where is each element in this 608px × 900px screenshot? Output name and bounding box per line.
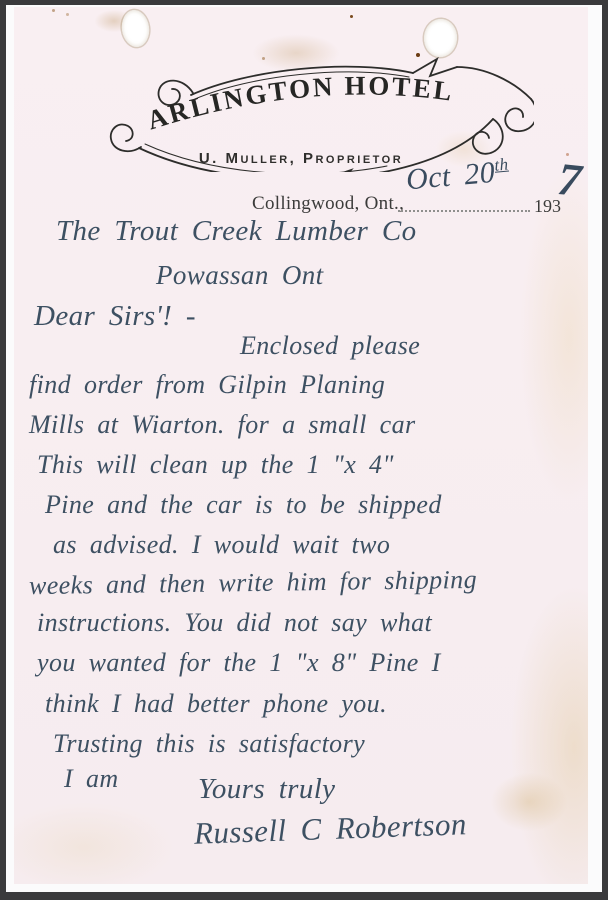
place-label: Collingwood, Ont., bbox=[252, 193, 404, 215]
body-line: Trusting this is satisfactory bbox=[53, 729, 365, 759]
punch-hole-left bbox=[120, 8, 152, 48]
recipient-line: Powassan Ont bbox=[156, 260, 324, 291]
body-line: Mills at Wiarton. for a small car bbox=[29, 410, 416, 440]
body-line: as advised. I would wait two bbox=[53, 530, 390, 560]
handwritten-month-day: Oct 20 bbox=[405, 156, 497, 197]
salutation: Dear Sirs'! - bbox=[34, 300, 196, 333]
date-leader-line bbox=[398, 194, 530, 212]
valediction: Yours truly bbox=[198, 773, 335, 806]
stain-speck bbox=[66, 13, 69, 16]
stain-speck bbox=[350, 15, 353, 18]
hotel-name: ARLINGTON HOTEL bbox=[144, 70, 456, 135]
body-line: you wanted for the 1 "x 8" Pine I bbox=[37, 648, 441, 678]
scanner-bed: ARLINGTON HOTEL U. Muller, Proprietor Co… bbox=[6, 5, 602, 892]
body-line: think I had better phone you. bbox=[45, 689, 387, 719]
closing-phrase: I am bbox=[64, 764, 119, 794]
signature: Russell C Robertson bbox=[193, 806, 467, 851]
body-line: instructions. You did not say what bbox=[37, 608, 432, 638]
body-line: find order from Gilpin Planing bbox=[29, 370, 385, 400]
stain-speck bbox=[52, 9, 55, 12]
body-line: This will clean up the 1 "x 4" bbox=[37, 450, 394, 480]
body-line: Pine and the car is to be shipped bbox=[45, 490, 442, 520]
letter-paper: ARLINGTON HOTEL U. Muller, Proprietor Co… bbox=[14, 7, 588, 884]
body-line: weeks and then write him for shipping bbox=[29, 565, 477, 601]
day-ordinal-suffix: th bbox=[494, 155, 510, 175]
handwritten-year-digit: 7 bbox=[555, 152, 584, 207]
recipient-line: The Trout Creek Lumber Co bbox=[56, 215, 417, 248]
scanned-letter: ARLINGTON HOTEL U. Muller, Proprietor Co… bbox=[0, 0, 608, 900]
body-line: Enclosed please bbox=[240, 331, 420, 361]
